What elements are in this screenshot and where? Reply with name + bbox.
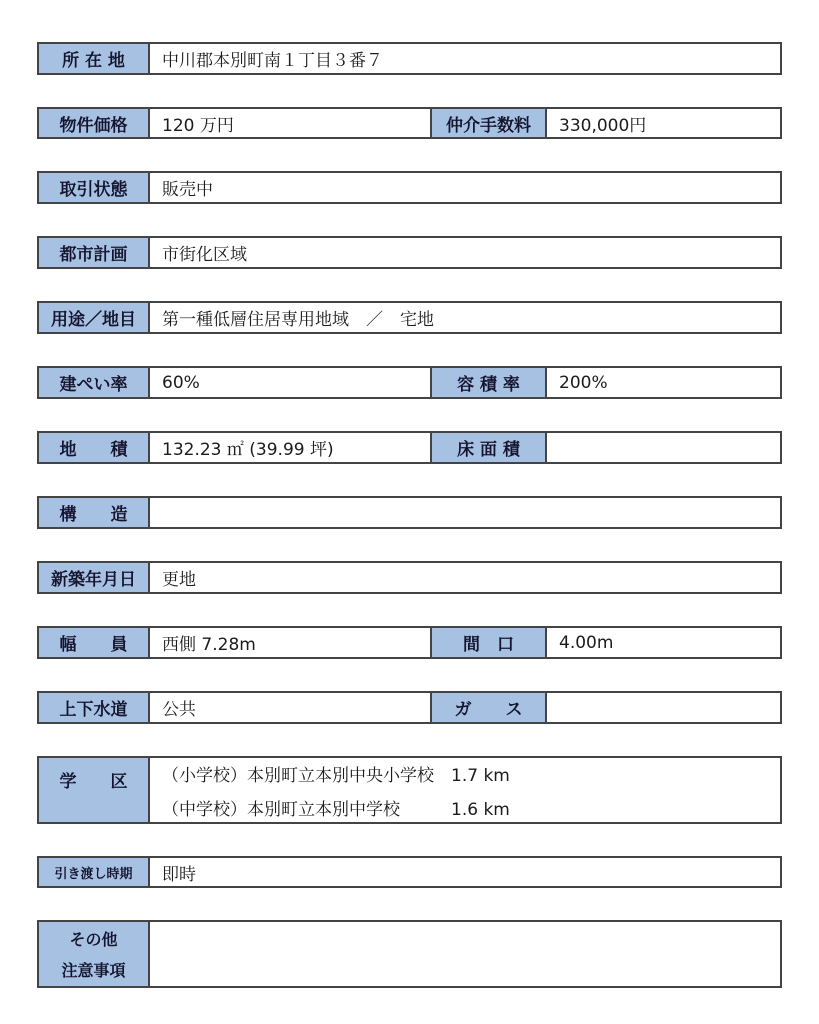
field-value-price: 120 万円 [150,109,430,137]
field-label-floor-area-ratio: 容 積 率 [430,368,547,397]
field-value-coverage-ratio: 60% [150,368,430,397]
school-district-line-junior-high: （中学校）本別町立本別中学校 1.6 km [162,795,510,820]
field-label-location: 所 在 地 [39,44,150,73]
field-value-floor-area [547,433,780,462]
field-row-location: 所 在 地 中川郡本別町南１丁目３番７ [37,42,782,75]
field-label-school-district: 学 区 [39,758,150,822]
field-row-use-land-category: 用途／地目 第一種低層住居専用地域 ／ 宅地 [37,301,782,334]
field-label-other-notes: その他 注意事項 [39,922,150,986]
field-label-price: 物件価格 [39,109,150,137]
field-value-structure [150,498,780,527]
field-label-use-land-category: 用途／地目 [39,303,150,332]
field-label-structure: 構 造 [39,498,150,527]
other-notes-label-line2: 注意事項 [61,958,125,981]
field-label-land-area: 地 積 [39,433,150,462]
field-label-gas: ガ ス [430,693,547,722]
field-label-road-width: 幅 員 [39,628,150,657]
field-value-frontage: 4.00m [547,628,780,657]
other-notes-label-line1: その他 [69,927,117,950]
field-row-coverage-ratio: 建ぺい率 60% 容 積 率 200% [37,366,782,399]
school-district-line-elementary: （小学校）本別町立本別中央小学校 1.7 km [162,761,510,786]
field-label-brokerage-fee: 仲介手数料 [430,109,547,137]
field-row-city-planning: 都市計画 市街化区域 [37,236,782,269]
field-row-price: 物件価格 120 万円 仲介手数料 330,000円 [37,107,782,139]
field-value-use-land-category: 第一種低層住居専用地域 ／ 宅地 [150,303,780,332]
field-label-coverage-ratio: 建ぺい率 [39,368,150,397]
field-row-other-notes: その他 注意事項 [37,920,782,988]
field-value-brokerage-fee: 330,000円 [547,109,780,137]
field-label-construction-date: 新築年月日 [39,563,150,592]
field-row-transaction-status: 取引状態 販売中 [37,171,782,204]
field-value-floor-area-ratio: 200% [547,368,780,397]
field-value-transaction-status: 販売中 [150,173,780,202]
field-label-city-planning: 都市計画 [39,238,150,267]
field-row-water-sewage: 上下水道 公共 ガ ス [37,691,782,724]
field-label-delivery-time: 引き渡し時期 [39,858,150,886]
field-label-transaction-status: 取引状態 [39,173,150,202]
field-value-location: 中川郡本別町南１丁目３番７ [150,44,780,73]
property-summary-sheet: 所 在 地 中川郡本別町南１丁目３番７ 物件価格 120 万円 仲介手数料 33… [0,0,819,1024]
field-value-other-notes [150,922,780,986]
field-value-road-width: 西側 7.28m [150,628,430,657]
field-value-water-sewage: 公共 [150,693,430,722]
field-row-construction-date: 新築年月日 更地 [37,561,782,594]
field-row-delivery-time: 引き渡し時期 即時 [37,856,782,888]
field-value-school-district: （小学校）本別町立本別中央小学校 1.7 km （中学校）本別町立本別中学校 1… [150,758,780,822]
field-value-gas [547,693,780,722]
field-label-water-sewage: 上下水道 [39,693,150,722]
field-value-construction-date: 更地 [150,563,780,592]
field-row-land-area: 地 積 132.23 ㎡ (39.99 坪) 床 面 積 [37,431,782,464]
field-row-structure: 構 造 [37,496,782,529]
field-value-city-planning: 市街化区域 [150,238,780,267]
field-value-delivery-time: 即時 [150,858,780,886]
field-label-floor-area: 床 面 積 [430,433,547,462]
field-row-road-width: 幅 員 西側 7.28m 間 口 4.00m [37,626,782,659]
field-row-school-district: 学 区 （小学校）本別町立本別中央小学校 1.7 km （中学校）本別町立本別中… [37,756,782,824]
field-label-frontage: 間 口 [430,628,547,657]
field-value-land-area: 132.23 ㎡ (39.99 坪) [150,433,430,462]
